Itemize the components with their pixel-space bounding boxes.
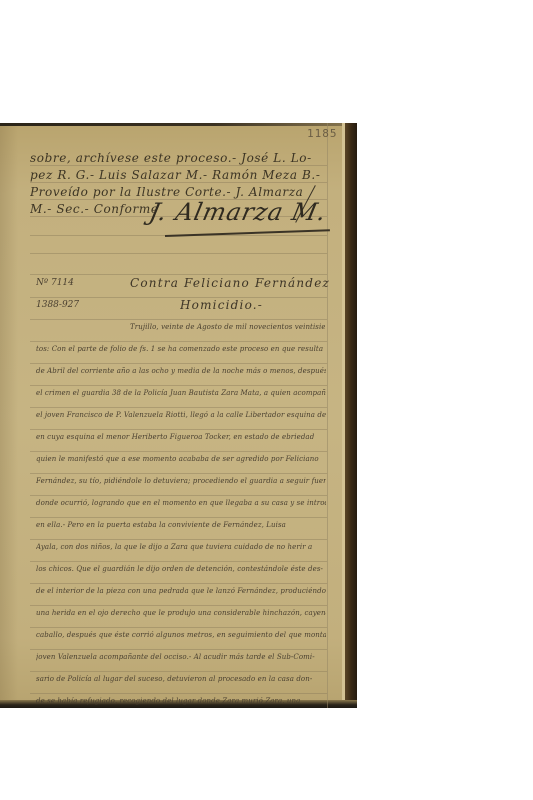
ruled-line — [30, 693, 327, 694]
ruled-line — [30, 539, 327, 540]
top-text-line: sobre, archívese este proceso.- José L. … — [30, 151, 325, 165]
body-line: Ayala, con dos niños, la que le dijo a Z… — [36, 543, 326, 551]
page-number-stamp: 1185 — [307, 127, 338, 140]
ruled-line — [30, 627, 327, 628]
ruled-line — [30, 363, 327, 364]
ruled-line — [30, 274, 327, 275]
document-scan: 1185 sobre, archívese este proceso.- Jos… — [0, 123, 357, 708]
page-top-edge — [0, 123, 357, 126]
body-line: Fernández, su tío, pidiéndole lo detuvie… — [36, 477, 326, 485]
ruled-line — [30, 495, 327, 496]
body-line: sario de Policía al lugar del suceso, de… — [36, 675, 326, 683]
body-line: joven Valenzuela acompañante del occiso.… — [36, 653, 326, 661]
case-subtitle: Homicidio.- — [180, 298, 263, 312]
ruled-line — [30, 297, 327, 298]
ruled-line — [30, 583, 327, 584]
book-binding-edge — [345, 123, 357, 708]
body-line: tos: Con el parte de folio de fs. 1 se h… — [36, 345, 326, 353]
ruled-line — [30, 473, 327, 474]
body-line: quien le manifestó que a ese momento aca… — [36, 455, 326, 463]
ruled-line — [30, 649, 327, 650]
signature: J. Almarza M. — [147, 198, 329, 226]
body-line: el crimen el guardia 38 de la Policía Ju… — [36, 389, 326, 397]
ruled-line — [30, 517, 327, 518]
case-reference: 1388-927 — [36, 300, 79, 310]
body-line: de el interior de la pieza con una pedra… — [36, 587, 326, 595]
body-line: de Abril del corriente año a las ocho y … — [36, 367, 326, 375]
page-shadow-left — [0, 123, 18, 708]
ruled-line — [30, 182, 327, 183]
ruled-line — [30, 385, 327, 386]
body-line: una herida en el ojo derecho que le prod… — [36, 609, 326, 617]
ruled-line — [30, 429, 327, 430]
ruled-line — [30, 341, 327, 342]
ruled-line — [30, 451, 327, 452]
body-line: Trujillo, veinte de Agosto de mil noveci… — [130, 323, 325, 331]
body-line: el joven Francisco de P. Valenzuela Riot… — [36, 411, 326, 419]
body-line: donde ocurrió, logrando que en el moment… — [36, 499, 326, 507]
ruled-line — [30, 561, 327, 562]
ruled-line — [30, 253, 327, 254]
body-line: en cuya esquina el menor Heriberto Figue… — [36, 433, 326, 441]
case-number: Nº 7114 — [36, 278, 74, 288]
body-line: de se había refugiado, recogiendo del lu… — [36, 697, 326, 705]
ruled-line — [30, 165, 327, 166]
case-title: Contra Feliciano Fernández — [130, 276, 330, 290]
body-line: caballo, después que éste corrió algunos… — [36, 631, 326, 639]
ruled-line — [30, 605, 327, 606]
ruled-line — [30, 407, 327, 408]
ruled-line — [30, 671, 327, 672]
top-text-line: Proveído por la Ilustre Corte.- J. Almar… — [30, 185, 325, 199]
top-text-line: pez R. G.- Luis Salazar M.- Ramón Meza B… — [30, 168, 325, 182]
ruled-line — [30, 319, 327, 320]
right-margin-line — [327, 123, 328, 708]
body-line: en ella.- Pero en la puerta estaba la co… — [36, 521, 326, 529]
body-line: los chicos. Que el guardián le dijo orde… — [36, 565, 326, 573]
